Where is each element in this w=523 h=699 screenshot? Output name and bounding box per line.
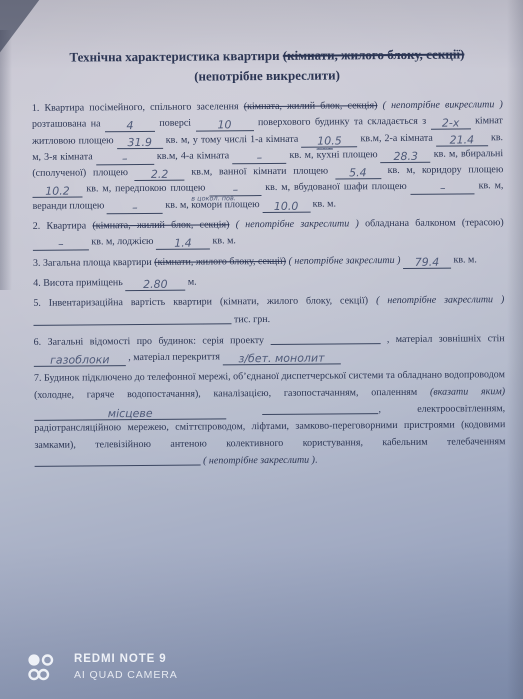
text-run: поверсі [155, 118, 196, 129]
title-subtext: (непотрібне викреслити) [194, 67, 340, 83]
form-blank: 5.4 [335, 166, 381, 179]
handwritten-value: 5.4 [349, 166, 367, 179]
handwritten-value: – [257, 151, 263, 164]
text-run: , матеріал зовнішніх стін [380, 333, 504, 345]
text-run: обладнана балконом (терасою) [359, 217, 504, 229]
handwritten-value: 10 [217, 119, 231, 132]
handwritten-value: 2-х [442, 117, 460, 130]
form-blank: 21.4 [436, 133, 488, 146]
text-run: ( непотрібне закреслити ) [203, 455, 315, 467]
text-run: тис. грн. [231, 314, 270, 325]
redmi-quad-camera-icon [26, 652, 63, 683]
text-run: кв. м. [210, 236, 236, 247]
text-run: поверхового будинку та складається з [253, 116, 430, 128]
form-blank: 31.9 [117, 135, 163, 148]
text-run [226, 405, 262, 416]
form-blank: 10 [195, 118, 253, 131]
paragraph: 4. Висота приміщень 2.80 м. [33, 272, 504, 292]
text-run: кв. м, у тому числі 1-а кімната [163, 133, 302, 145]
handwritten-value: – [132, 201, 138, 214]
handwritten-value: 21.4 [450, 133, 475, 146]
text-run: ( непотрібне закреслити ) [236, 218, 359, 230]
form-blank: 2.2 [135, 168, 185, 181]
text-run: кв. м, [163, 199, 192, 210]
text-run: (кімната, жилий блок, секція) [244, 100, 378, 112]
text-run: кв. м, [286, 150, 316, 161]
text-run: кв. м, лоджією [89, 236, 156, 248]
handwritten-value: 79.4 [415, 255, 440, 268]
paragraph: 6. Загальні відомості про будинок: серія… [34, 330, 505, 367]
title-text: Технічна характеристика квартири [69, 48, 283, 65]
form-blank: – [107, 201, 163, 214]
paragraph: 7. Будинок підключено до телефонної мере… [34, 368, 506, 471]
handwritten-value: 10.2 [45, 185, 70, 198]
text-run: 2. Квартира [33, 220, 93, 231]
text-run: ( непотрібне викреслити ) [383, 99, 503, 111]
text-run: кв. м. [310, 198, 336, 209]
text-run: м. [185, 277, 196, 288]
paragraph: 3. Загальна площа квартири (кімнати, жил… [33, 252, 504, 272]
text-run: 3. Загальна площа квартири [33, 257, 154, 269]
handwritten-value: газоблоки [50, 353, 110, 366]
watermark-line1: REDMI NOTE 9 [74, 651, 178, 668]
form-blank [270, 331, 380, 345]
text-run: кв.м, 2-а кімната [357, 132, 436, 144]
text-run: 4. Висота приміщень [33, 277, 125, 289]
handwritten-value: 2.80 [143, 278, 168, 291]
form-blank [33, 311, 231, 326]
text-run: . [315, 455, 318, 466]
text-run: (вказати яким) [430, 386, 505, 398]
form-blank: місцеве [34, 406, 226, 421]
handwritten-value: – [440, 182, 446, 195]
paragraph: 1. Квартира посімейного, спільного засел… [32, 97, 504, 215]
text-run: 5. Інвентаризаційна вартість квартири (к… [33, 295, 376, 309]
handwritten-value: – [58, 238, 64, 251]
text-run: 1. Квартира посімейного, спільного засел… [32, 101, 244, 114]
text-run: кв. м, вбудованої шафи площею [261, 181, 410, 193]
handwritten-value: – [122, 152, 128, 165]
form-blank: 1.4 [156, 237, 210, 250]
text-run: ( непотрібне закреслити ) [376, 294, 504, 306]
handwritten-value: 1.4 [174, 237, 192, 250]
form-blank: газоблоки [34, 353, 126, 367]
form-blank: 10.2 [32, 185, 82, 198]
watermark-line2: AI QUAD CAMERA [74, 668, 178, 683]
form-blank: 79.4 [403, 255, 451, 268]
text-run: кв. м. [451, 254, 477, 265]
handwritten-value: 28.3 [393, 150, 418, 163]
form-blank: – [411, 182, 475, 196]
document-content: Технічна характеристика квартири (кімнат… [31, 44, 505, 475]
handwritten-value: місцеве [108, 407, 153, 420]
form-blank [262, 401, 378, 415]
title-struck-text: (кімнати, жилого блоку, секції) [283, 46, 465, 62]
form-blank: – [96, 152, 154, 165]
document-title: Технічна характеристика квартири (кімнат… [31, 44, 502, 87]
watermark-text: REDMI NOTE 9 AI QUAD CAMERA [74, 651, 178, 683]
handwritten-value: 2.2 [151, 168, 169, 181]
text-run: ( непотрібне закреслити ) [288, 255, 400, 267]
document-body: 1. Квартира посімейного, спільного засел… [32, 97, 506, 471]
form-blank: з/бет. монолит [222, 352, 340, 366]
handwritten-value: 4 [126, 119, 133, 132]
form-blank: 28.3 [381, 150, 431, 163]
paragraph: 5. Інвентаризаційна вартість квартири (к… [33, 292, 504, 329]
text-run: , матеріал перекриття [126, 352, 223, 364]
text-run: кв.м, 4-а кімната [154, 150, 233, 162]
handwritten-value: 31.9 [127, 136, 152, 149]
text-run: кв.м, ванної кімнати площею [185, 166, 335, 178]
form-blank: – [33, 238, 89, 251]
form-blank [35, 452, 201, 466]
text-run: (кімната, жилий блок, секція) [92, 219, 229, 231]
camera-watermark: REDMI NOTE 9 AI QUAD CAMERA [26, 651, 178, 683]
form-blank: 10.0 [262, 199, 310, 212]
handwritten-value: 10.0 [274, 200, 299, 213]
form-blank: 4 [105, 119, 155, 132]
paragraph: 2. Квартира (кімната, жилий блок, секція… [33, 215, 504, 251]
text-run: 6. Загальні відомості про будинок: серія… [34, 335, 271, 348]
text-run: кв. м, передпокою площею [82, 183, 209, 195]
handwritten-value: з/бет. монолит [238, 352, 324, 366]
text-run: (кімнати, жилого блоку, секції) [154, 256, 286, 268]
form-blank: 2-х [431, 117, 471, 130]
text-run: кв. м, коридору площею [381, 164, 504, 176]
photo-of-document: Технічна характеристика квартири (кімнат… [0, 0, 523, 699]
text-run: розташована на [32, 119, 105, 131]
form-blank: – [232, 151, 286, 164]
form-blank: 2.80 [125, 278, 185, 291]
